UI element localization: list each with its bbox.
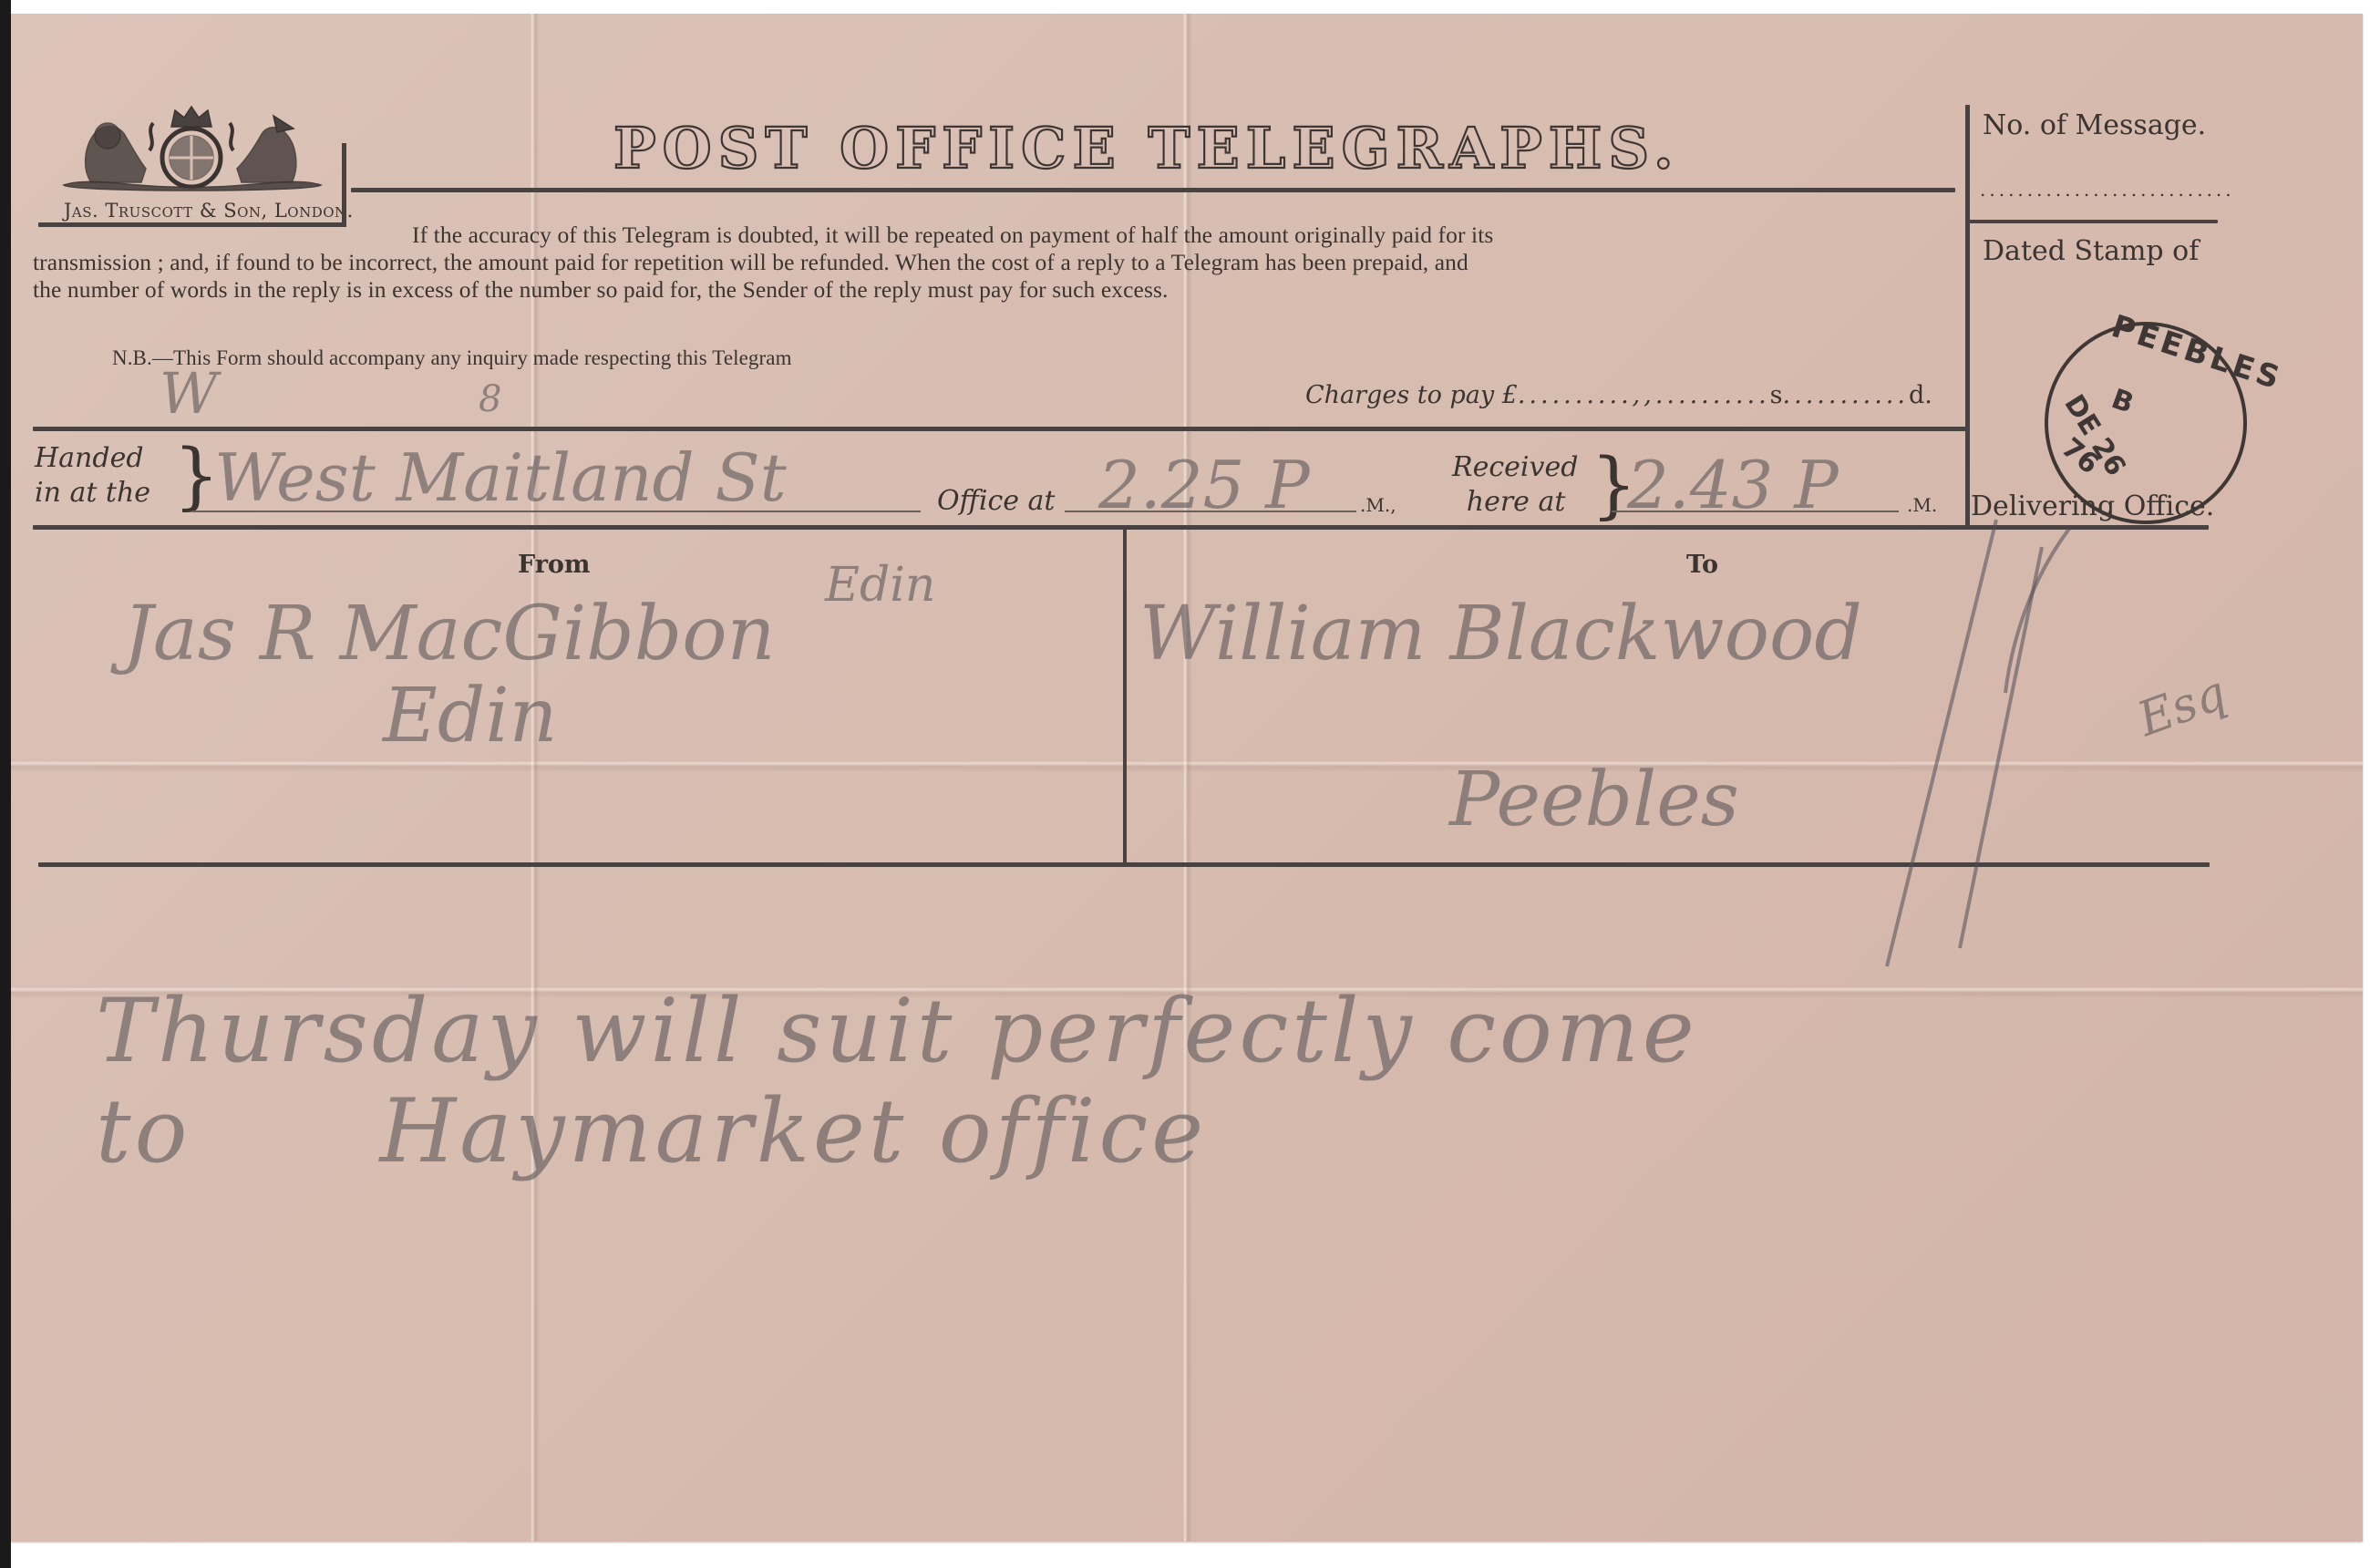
to-label: To <box>1686 551 1718 579</box>
from-label: From <box>518 551 591 579</box>
handed-in-meridiem: .M., <box>1360 494 1396 516</box>
to-town: Peebles <box>1449 757 1739 843</box>
postmark-stamp: PEEBLES B DE 26 76 <box>2045 322 2247 524</box>
from-name: Jas R MacGibbon <box>123 591 775 677</box>
charges-label: Charges to pay £ <box>1305 381 1518 409</box>
handed-in-top-rule <box>33 427 1967 431</box>
stamp-letter: B <box>2107 383 2138 420</box>
received-label-line-2: here at <box>1452 485 1578 520</box>
handed-in-label-line-1: Handed <box>35 441 150 476</box>
notice-line-2: transmission ; and, if found to be incor… <box>33 249 1468 276</box>
handed-in-office-value: West Maitland St <box>214 439 787 516</box>
scanner-edge <box>0 0 11 1568</box>
charges-to-pay: Charges to pay £..........,,..........s.… <box>1305 381 1932 409</box>
title-rule <box>351 188 1955 192</box>
received-here-label: Received here at <box>1452 450 1578 520</box>
handed-in-brace: } <box>173 439 220 512</box>
royal-coat-of-arms-icon <box>55 105 328 196</box>
pence-dots: ........... <box>1783 381 1909 409</box>
no-of-message-dots: ........................... <box>1980 179 2235 201</box>
from-annotation: Edin <box>825 558 935 613</box>
shillings-label: s <box>1770 381 1783 409</box>
office-at-label: Office at <box>937 485 1055 517</box>
pence-label: d. <box>1909 381 1932 409</box>
pencil-strokes <box>1860 511 2097 985</box>
form-title: POST OFFICE TELEGRAPHS. <box>613 115 1694 181</box>
no-of-message-label: No. of Message. <box>1983 109 2206 141</box>
handed-in-label: Handed in at the <box>35 441 150 511</box>
dated-stamp-label: Dated Stamp of <box>1983 235 2199 267</box>
handed-in-time-value: 2.25 P <box>1098 447 1310 523</box>
from-to-divider <box>1123 529 1127 864</box>
printer-imprint: Jas. Truscott & Son, London. <box>64 200 354 222</box>
message-line-1: Thursday will suit perfectly come <box>96 980 1698 1082</box>
sidebar-divider <box>1965 105 1970 529</box>
notice-line-3: the number of words in the reply is in e… <box>33 276 1169 304</box>
notice-line-1: If the accuracy of this Telegram is doub… <box>412 222 1493 249</box>
to-name: William Blackwood <box>1139 591 1862 677</box>
arms-box-bottom-rule <box>38 222 345 227</box>
message-line-2: to Haymarket office <box>96 1080 1207 1182</box>
from-city: Edin <box>383 673 557 759</box>
pencil-note-w: W <box>160 360 218 427</box>
received-label-line-1: Received <box>1452 450 1578 485</box>
arms-box-right-rule <box>342 143 346 227</box>
pounds-dots: ..........,,.......... <box>1518 381 1770 409</box>
received-time-value: 2.43 P <box>1627 447 1839 523</box>
pencil-note-8: 8 <box>479 378 501 420</box>
sidebar-rule <box>1967 220 2218 223</box>
handed-in-label-line-2: in at the <box>35 476 150 511</box>
